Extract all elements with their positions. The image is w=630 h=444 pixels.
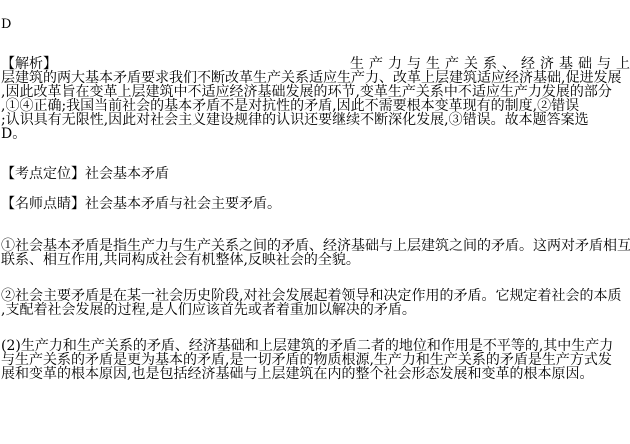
analysis-line: D。 [1,127,630,141]
answer-letter: D [1,18,630,32]
note-line: ①社会基本矛盾是指生产力与生产关系之间的矛盾、经济基础与上层建筑之间的矛盾。这两… [1,239,630,253]
note-line: ,支配着社会发展的过程,是人们应该首先或者着重加以解决的矛盾。 [1,303,630,317]
note-basic-contradiction: ①社会基本矛盾是指生产力与生产关系之间的矛盾、经济基础与上层建筑之间的矛盾。这两… [1,239,630,267]
analysis-line: 层建筑的两大基本矛盾要求我们不断改革生产关系适应生产力、改革上层建筑适应经济基础… [1,71,630,85]
teacher-tip-label: 【名师点睛】 [1,196,85,212]
teacher-tip-section: 【名师点睛】社会基本矛盾与社会主要矛盾。 [1,197,630,211]
exam-point-label: 【考点定位】 [1,166,85,182]
analysis-line: ,因此改革旨在变革上层建筑中不适应经济基础发展的环节,变革生产关系中不适应生产力… [1,85,630,99]
note-line: (2)生产力和生产关系的矛盾、经济基础和上层建筑的矛盾二者的地位和作用是不平等的… [1,339,630,353]
analysis-line: ;认识具有无限性,因此对社会主义建设规律的认识还要继续不断深化发展,③错误。故本… [1,113,630,127]
note-line: ②社会主要矛盾是在某一社会历史阶段,对社会发展起着领导和决定作用的矛盾。它规定着… [1,289,630,303]
teacher-tip-text: 社会基本矛盾与社会主要矛盾。 [85,196,281,212]
note-line: 展和变革的根本原因,也是包括经济基础与上层建筑在内的整个社会形态发展和变革的根本… [1,367,630,381]
note-principal-contradiction: ②社会主要矛盾是在某一社会历史阶段,对社会发展起着领导和决定作用的矛盾。它规定着… [1,289,630,317]
note-line: 联系、相互作用,共同构成社会有机整体,反映社会的全貌。 [1,253,630,267]
analysis-label: 【解析】 [1,57,57,71]
analysis-first-line-text: 生产力与生产关系、经济基础与上 [350,57,630,71]
analysis-first-line: 【解析】 生产力与生产关系、经济基础与上 [1,57,630,71]
analysis-section: 【解析】 生产力与生产关系、经济基础与上 层建筑的两大基本矛盾要求我们不断改革生… [1,57,630,141]
analysis-line: ,①④正确;我国当前社会的基本矛盾不是对抗性的矛盾,因此不需要根本变革现有的制度… [1,99,630,113]
note-relationship: (2)生产力和生产关系的矛盾、经济基础和上层建筑的矛盾二者的地位和作用是不平等的… [1,339,630,381]
exam-point-section: 【考点定位】社会基本矛盾 [1,167,630,181]
exam-point-text: 社会基本矛盾 [85,166,169,182]
note-line: 与生产关系的矛盾是更为基本的矛盾,是一切矛盾的物质根源,生产力和生产关系的矛盾是… [1,353,630,367]
